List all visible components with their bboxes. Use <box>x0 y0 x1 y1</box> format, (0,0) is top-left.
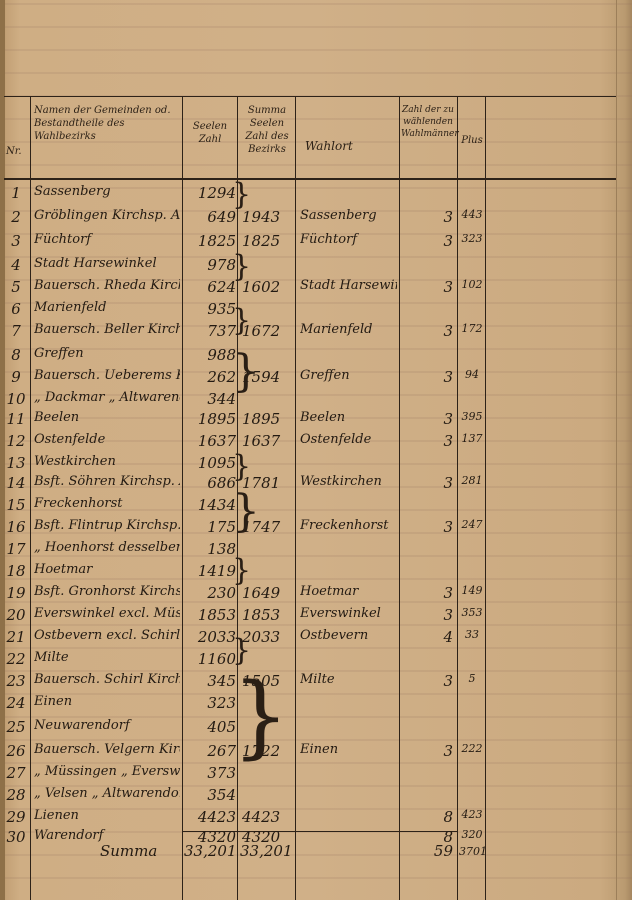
header-bottom-rule <box>4 178 616 180</box>
row-name: Einen <box>34 694 180 709</box>
row-plus: 443 <box>459 208 485 221</box>
row-nr: 17 <box>4 540 28 558</box>
row-name: Bauersch. Ueberems Kirchsp. Harsewinkel <box>34 368 180 383</box>
row-name: „ Velsen „ Altwarendorf <box>34 786 180 801</box>
row-nr: 30 <box>4 828 28 846</box>
row-nr: 25 <box>4 718 28 736</box>
row-zahl: 267 <box>184 742 236 760</box>
row-nr: 21 <box>4 628 28 646</box>
row-wahlort: Milte <box>300 672 397 687</box>
row-wahlmaenner: 3 <box>401 518 453 536</box>
row-wahlmaenner: 3 <box>401 474 453 492</box>
row-nr: 13 <box>4 454 28 472</box>
row-plus: 137 <box>459 432 485 445</box>
row-name: Milte <box>34 650 180 665</box>
page-edge-rule <box>616 0 617 900</box>
row-name: Bsft. Gronhorst Kirchsp. Freckenhorst <box>34 584 180 599</box>
row-wahlort: Sassenberg <box>300 208 397 223</box>
row-wahlmaenner: 3 <box>401 432 453 450</box>
row-zahl: 988 <box>184 346 236 364</box>
row-nr: 1 <box>4 184 28 202</box>
header-nr: Nr. <box>6 145 28 158</box>
row-zahl: 1853 <box>184 606 236 624</box>
row-wahlmaenner: 3 <box>401 232 453 250</box>
row-wahlort: Ostbevern <box>300 628 397 643</box>
row-zahl: 1895 <box>184 410 236 428</box>
row-nr: 20 <box>4 606 28 624</box>
row-zahl: 345 <box>184 672 236 690</box>
brace: } <box>232 180 251 210</box>
row-name: Gröblingen Kirchsp. Altwarendorf <box>34 208 180 223</box>
brace: } <box>232 252 251 282</box>
header-wahlmaenner: Zahl der zu wählenden Wahlmänner <box>401 104 455 140</box>
row-name: Ostbevern excl. Schirl <box>34 628 180 643</box>
row-wahlort: Westkirchen <box>300 474 397 489</box>
row-name: Bauersch. Rheda Kirchsp. Harsewinkel <box>34 278 180 293</box>
row-plus: 102 <box>459 278 485 291</box>
row-nr: 12 <box>4 432 28 450</box>
row-wahlmaenner: 3 <box>401 368 453 386</box>
ledger-page: Nr. Namen der Gemeinden od. Bestandtheil… <box>0 0 632 900</box>
row-summe: 1853 <box>242 606 294 624</box>
brace: } <box>232 556 251 586</box>
total-zahl: 33,201 <box>184 842 236 860</box>
row-nr: 18 <box>4 562 28 580</box>
row-zahl: 175 <box>184 518 236 536</box>
row-plus: 94 <box>459 368 485 381</box>
row-name: Hoetmar <box>34 562 180 577</box>
brace: } <box>232 636 251 666</box>
row-nr: 4 <box>4 256 28 274</box>
row-zahl: 1419 <box>184 562 236 580</box>
header-name: Namen der Gemeinden od. Bestandtheile de… <box>34 104 180 143</box>
row-nr: 27 <box>4 764 28 782</box>
row-nr: 9 <box>4 368 28 386</box>
row-nr: 26 <box>4 742 28 760</box>
row-zahl: 354 <box>184 786 236 804</box>
brace: } <box>232 490 260 534</box>
row-name: Bauersch. Velgern Kirchsp. Freckenhorst <box>34 742 180 757</box>
row-zahl: 624 <box>184 278 236 296</box>
row-zahl: 1160 <box>184 650 236 668</box>
row-name: Greffen <box>34 346 180 361</box>
row-name: Warendorf <box>34 828 180 843</box>
row-summe: 4423 <box>242 808 294 826</box>
row-zahl: 649 <box>184 208 236 226</box>
row-zahl: 978 <box>184 256 236 274</box>
row-nr: 19 <box>4 584 28 602</box>
brace: } <box>232 350 260 394</box>
row-nr: 6 <box>4 300 28 318</box>
row-wahlort: Marienfeld <box>300 322 397 337</box>
row-nr: 16 <box>4 518 28 536</box>
row-nr: 14 <box>4 474 28 492</box>
row-plus: 247 <box>459 518 485 531</box>
row-wahlmaenner: 3 <box>401 606 453 624</box>
row-nr: 7 <box>4 322 28 340</box>
row-wahlmaenner: 8 <box>401 808 453 826</box>
header-top-rule <box>4 96 616 97</box>
header-plus: Plus <box>459 134 485 147</box>
row-wahlort: Ostenfelde <box>300 432 397 447</box>
row-name: Neuwarendorf <box>34 718 180 733</box>
row-zahl: 1825 <box>184 232 236 250</box>
row-summe: 1637 <box>242 432 294 450</box>
row-zahl: 1095 <box>184 454 236 472</box>
row-plus: 395 <box>459 410 485 423</box>
row-plus: 281 <box>459 474 485 487</box>
row-wahlort: Freckenhorst <box>300 518 397 533</box>
row-wahlmaenner: 3 <box>401 278 453 296</box>
row-plus: 353 <box>459 606 485 619</box>
row-nr: 10 <box>4 390 28 408</box>
row-nr: 5 <box>4 278 28 296</box>
total-plus: 3701 <box>459 845 485 858</box>
row-zahl: 230 <box>184 584 236 602</box>
row-plus: 320 <box>459 828 485 841</box>
row-plus: 222 <box>459 742 485 755</box>
row-wahlort: Stadt Harsewinkel <box>300 278 397 293</box>
header-zahl: Seelen Zahl <box>186 120 234 146</box>
total-wm: 59 <box>401 842 453 860</box>
row-wahlort: Greffen <box>300 368 397 383</box>
total-label: Summa <box>100 842 157 860</box>
row-summe: 1895 <box>242 410 294 428</box>
brace: } <box>232 672 289 762</box>
row-plus: 5 <box>459 672 485 685</box>
row-plus: 33 <box>459 628 485 641</box>
row-name: Stadt Harsewinkel <box>34 256 180 271</box>
row-name: Beelen <box>34 410 180 425</box>
row-plus: 423 <box>459 808 485 821</box>
col-rule <box>399 96 400 900</box>
row-zahl: 737 <box>184 322 236 340</box>
row-zahl: 1294 <box>184 184 236 202</box>
col-rule <box>485 96 486 900</box>
row-nr: 22 <box>4 650 28 668</box>
header-summe: Summa Seelen Zahl des Bezirks <box>240 104 294 156</box>
row-zahl: 686 <box>184 474 236 492</box>
row-nr: 15 <box>4 496 28 514</box>
brace: } <box>232 306 251 336</box>
row-zahl: 262 <box>184 368 236 386</box>
row-name: Lienen <box>34 808 180 823</box>
row-summe: 1825 <box>242 232 294 250</box>
row-name: Westkirchen <box>34 454 180 469</box>
row-wahlort: Beelen <box>300 410 397 425</box>
row-plus: 149 <box>459 584 485 597</box>
row-zahl: 1434 <box>184 496 236 514</box>
row-wahlort: Everswinkel <box>300 606 397 621</box>
row-name: „ Dackmar „ Altwarendorf <box>34 390 180 405</box>
row-nr: 28 <box>4 786 28 804</box>
row-zahl: 935 <box>184 300 236 318</box>
row-zahl: 323 <box>184 694 236 712</box>
row-name: „ Hoenhorst desselben <box>34 540 180 555</box>
row-name: Ostenfelde <box>34 432 180 447</box>
row-zahl: 4423 <box>184 808 236 826</box>
row-nr: 29 <box>4 808 28 826</box>
col-rule <box>182 96 183 900</box>
total-summe: 33,201 <box>240 842 294 860</box>
row-nr: 8 <box>4 346 28 364</box>
row-wahlmaenner: 4 <box>401 628 453 646</box>
row-wahlort: Hoetmar <box>300 584 397 599</box>
row-name: Freckenhorst <box>34 496 180 511</box>
row-zahl: 1637 <box>184 432 236 450</box>
row-name: Bauersch. Schirl Kirchsp. Ostbevern <box>34 672 180 687</box>
col-rule <box>457 96 458 900</box>
row-wahlmaenner: 3 <box>401 208 453 226</box>
row-nr: 23 <box>4 672 28 690</box>
row-name: Marienfeld <box>34 300 180 315</box>
header-wahlort: Wahlort <box>305 140 395 153</box>
row-wahlort: Einen <box>300 742 397 757</box>
row-name: Bsft. Söhren Kirchsp. Altwarendorf <box>34 474 180 489</box>
row-name: „ Müssingen „ Everswinkel <box>34 764 180 779</box>
row-wahlmaenner: 3 <box>401 322 453 340</box>
row-zahl: 138 <box>184 540 236 558</box>
row-name: Füchtorf <box>34 232 180 247</box>
row-wahlmaenner: 3 <box>401 584 453 602</box>
row-wahlmaenner: 3 <box>401 410 453 428</box>
row-name: Bsft. Flintrup Kirchsp. Freckenhorst <box>34 518 180 533</box>
row-zahl: 405 <box>184 718 236 736</box>
row-nr: 3 <box>4 232 28 250</box>
row-wahlmaenner: 3 <box>401 742 453 760</box>
row-plus: 323 <box>459 232 485 245</box>
row-zahl: 373 <box>184 764 236 782</box>
row-nr: 11 <box>4 410 28 428</box>
row-name: Everswinkel excl. Müssingen <box>34 606 180 621</box>
row-wahlort: Füchtorf <box>300 232 397 247</box>
row-name: Sassenberg <box>34 184 180 199</box>
col-rule <box>30 96 31 900</box>
row-plus: 172 <box>459 322 485 335</box>
row-nr: 2 <box>4 208 28 226</box>
row-name: Bauersch. Beller Kirchsp. Harsewinkel <box>34 322 180 337</box>
brace: } <box>232 452 251 482</box>
row-nr: 24 <box>4 694 28 712</box>
row-zahl: 2033 <box>184 628 236 646</box>
col-rule <box>295 96 296 900</box>
row-zahl: 344 <box>184 390 236 408</box>
row-wahlmaenner: 3 <box>401 672 453 690</box>
